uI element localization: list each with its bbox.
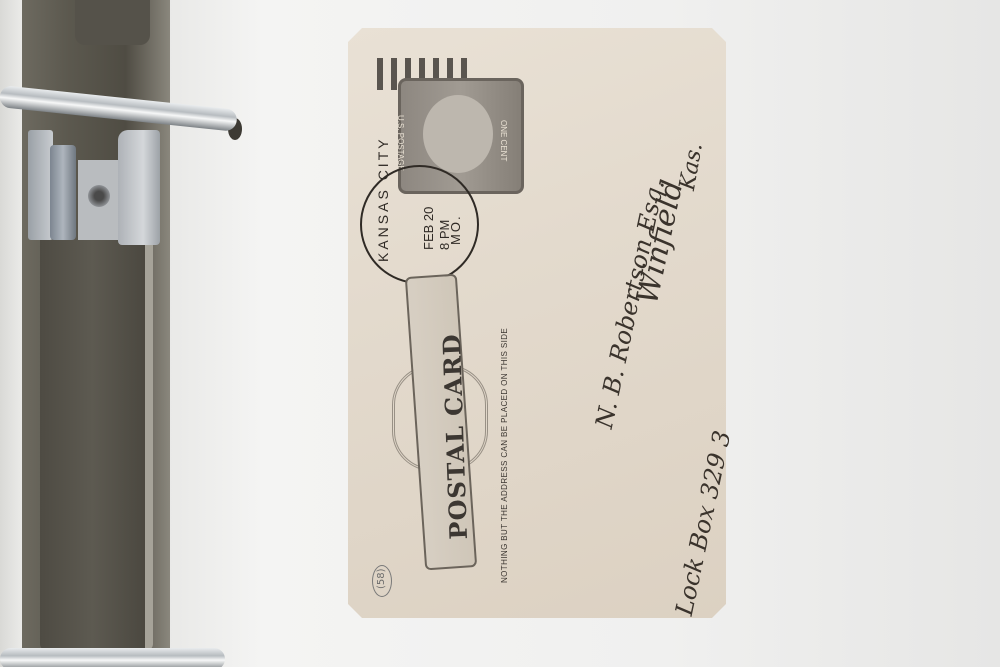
postmark-city: KANSAS CITY (375, 136, 391, 262)
stamp-value-label: ONE CENT (499, 120, 508, 161)
stamp-top-label: U.S. POSTAGE (396, 115, 405, 171)
binder-channel (40, 240, 153, 650)
photo-scene: ONE CENT U.S. POSTAGE KANSAS CITY FEB 20… (0, 0, 1000, 667)
portrait-icon (423, 95, 493, 173)
screw-icon (88, 185, 110, 207)
postmark-state: MO. (448, 214, 463, 245)
binder-ring-bottom (0, 648, 225, 667)
postmark-date: FEB 20 (420, 207, 437, 250)
pencil-note: (58) (376, 568, 387, 589)
address-notice: NOTHING BUT THE ADDRESS CAN BE PLACED ON… (500, 328, 509, 583)
binder-lever (75, 0, 150, 45)
binder-clip (28, 125, 168, 245)
